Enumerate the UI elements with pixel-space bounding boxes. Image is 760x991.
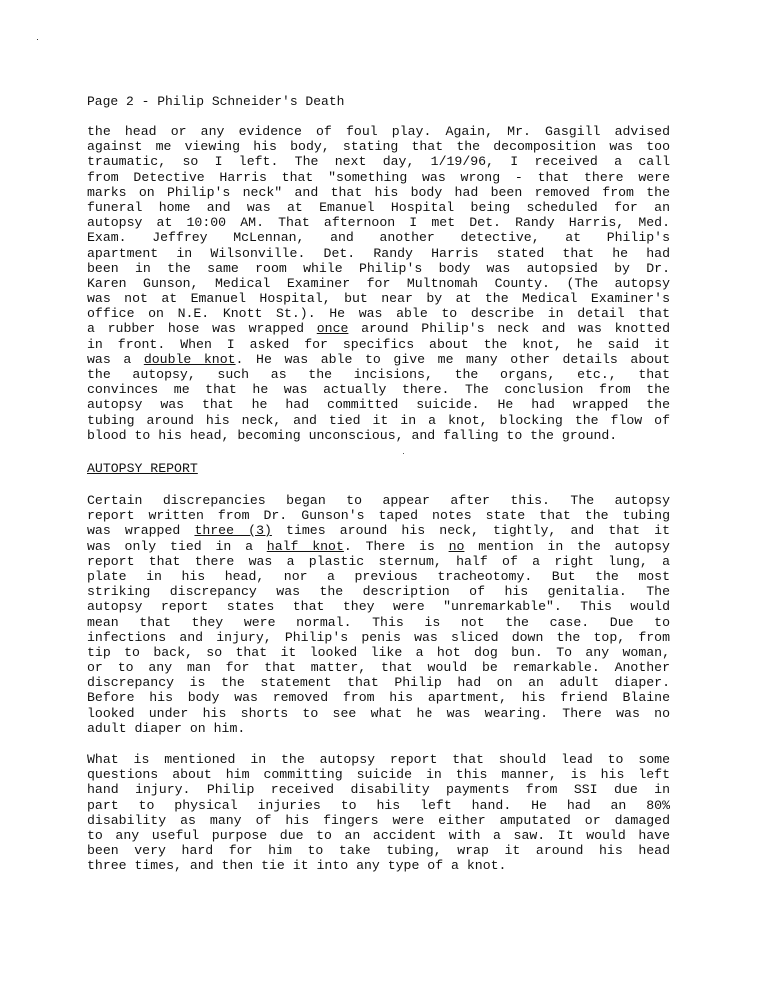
text-line: office on N.E. Knott St.). He was able t… [87,306,670,321]
text-line: autopsy at 10:00 AM. That afternoon I me… [87,215,670,230]
text-line: was a double knot. He was able to give m… [87,352,670,367]
text-line: blood to his head, becoming unconscious,… [87,428,670,443]
text-line: discrepancy is the statement that Philip… [87,675,670,690]
paragraph-hand-injury: What is mentioned in the autopsy report … [87,752,670,874]
underlined-phrase: half knot [267,539,344,554]
paragraph-investigation: the head or any evidence of foul play. A… [87,124,670,443]
text-line: hand injury. Philip received disability … [87,782,670,797]
page-header: Page 2 - Philip Schneider's Death [87,94,344,109]
paragraph-discrepancies: Certain discrepancies began to appear af… [87,493,670,736]
text-line: been in the same room while Philip's bod… [87,261,670,276]
underlined-phrase: no [449,539,465,554]
section-heading-autopsy-report: AUTOPSY REPORT [87,461,198,476]
text-line: striking discrepancy was the description… [87,584,670,599]
underlined-phrase: three (3) [194,523,271,538]
scan-speck [403,453,404,454]
document-page: Page 2 - Philip Schneider's Death the he… [0,0,760,991]
text-line: report that there was a plastic sternum,… [87,554,670,569]
text-line: the head or any evidence of foul play. A… [87,124,670,139]
text-line: What is mentioned in the autopsy report … [87,752,670,767]
text-line: or to any man for that matter, that woul… [87,660,670,675]
underlined-phrase: double knot [144,352,236,367]
underlined-phrase: once [317,321,349,336]
text-line: questions about him committing suicide i… [87,767,670,782]
text-line: Karen Gunson, Medical Examiner for Multn… [87,276,670,291]
text-line: funeral home and was at Emanuel Hospital… [87,200,670,215]
text-line: part to physical injuries to his left ha… [87,798,670,813]
text-line: to any useful purpose due to an accident… [87,828,670,843]
text-line: looked under his shorts to see what he w… [87,706,670,721]
text-line: in front. When I asked for specifics abo… [87,337,670,352]
text-line: traumatic, so I left. The next day, 1/19… [87,154,670,169]
text-line: autopsy was that he had committed suicid… [87,397,670,412]
text-line: Exam. Jeffrey McLennan, and another dete… [87,230,670,245]
text-line: from Detective Harris that "something wa… [87,170,670,185]
scan-speck [37,39,38,40]
text-line: marks on Philip's neck" and that his bod… [87,185,670,200]
text-line: Certain discrepancies began to appear af… [87,493,670,508]
text-line: was wrapped three (3) times around his n… [87,523,670,538]
text-line: apartment in Wilsonville. Det. Randy Har… [87,246,670,261]
text-line: plate in his head, nor a previous trache… [87,569,670,584]
text-line: a rubber hose was wrapped once around Ph… [87,321,670,336]
text-line: the autopsy, such as the incisions, the … [87,367,670,382]
text-line: mean that they were normal. This is not … [87,615,670,630]
text-line: adult diaper on him. [87,721,670,736]
text-line: tip to back, so that it looked like a ho… [87,645,670,660]
text-line: against me viewing his body, stating tha… [87,139,670,154]
text-line: was only tied in a half knot. There is n… [87,539,670,554]
text-line: been very hard for him to take tubing, w… [87,843,670,858]
text-line: autopsy report states that they were "un… [87,599,670,614]
text-line: Before his body was removed from his apa… [87,690,670,705]
text-line: tubing around his neck, and tied it in a… [87,413,670,428]
text-line: infections and injury, Philip's penis wa… [87,630,670,645]
text-line: report written from Dr. Gunson's taped n… [87,508,670,523]
text-line: was not at Emanuel Hospital, but near by… [87,291,670,306]
text-line: three times, and then tie it into any ty… [87,858,670,873]
text-line: convinces me that he was actually there.… [87,382,670,397]
text-line: disability as many of his fingers were e… [87,813,670,828]
